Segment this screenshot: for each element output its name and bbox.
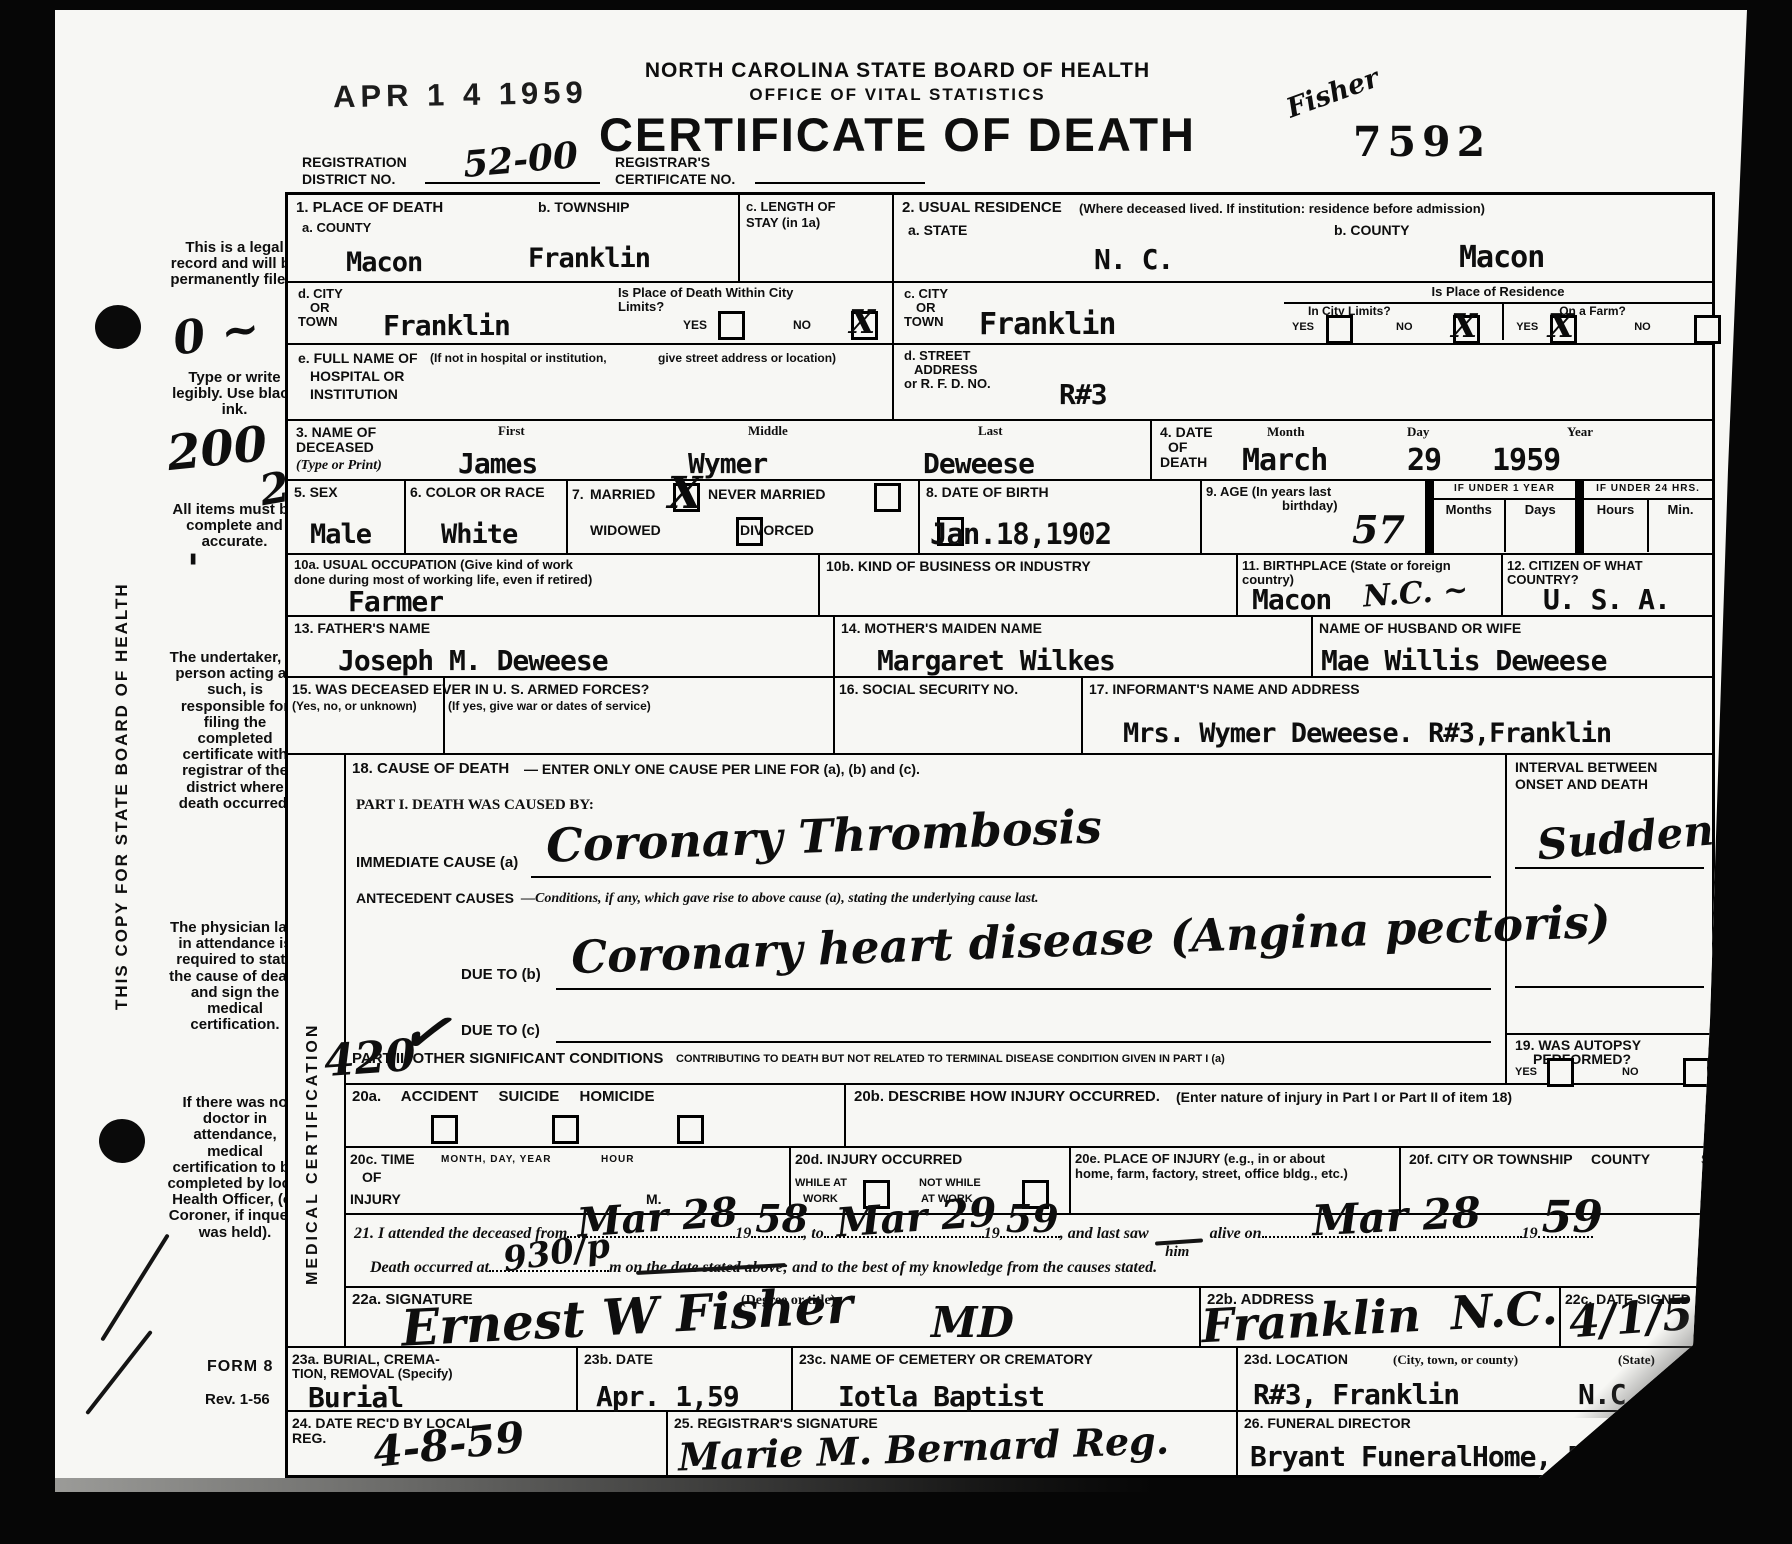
while-at-work-label-2: WORK [803, 1194, 838, 1206]
residence-county-label: b. COUNTY [1334, 223, 1409, 238]
deceased-label-2: DECEASED [296, 440, 374, 455]
first-name-header: First [498, 424, 525, 438]
residence-city-label-2: OR [916, 301, 948, 315]
form-revision: Rev. 1-56 [205, 1392, 270, 1408]
citizen-section: 12. CITIZEN OF WHAT COUNTRY? U. S. A. [1503, 555, 1712, 615]
age-label-1: 9. AGE (In years last [1206, 485, 1331, 499]
header-org: NORTH CAROLINA STATE BOARD OF HEALTH [575, 60, 1220, 83]
margin-note-type: Type or write legibly. Use black ink. [167, 370, 302, 419]
interval-value: Sudden [1536, 809, 1716, 866]
pod-within-city-q1: Is Place of Death Within City [618, 286, 793, 300]
header-office: OFFICE OF VITAL STATISTICS [575, 86, 1220, 104]
margin-hand-tick: ' [187, 550, 199, 590]
date-of-birth-section: 8. DATE OF BIRTH Jan.18,1902 [920, 481, 1202, 553]
sex-section: 5. SEX Male [288, 481, 406, 553]
signature-address-section: 22b. ADDRESS Franklin N.C. [1201, 1288, 1561, 1346]
attended-fromyear-blank: 58 [751, 1236, 803, 1238]
ssn-section: 16. SOCIAL SECURITY NO. [835, 678, 1083, 753]
registrar-certificate-label: REGISTRAR'S CERTIFICATE NO. [615, 155, 735, 187]
header-block: NORTH CAROLINA STATE BOARD OF HEALTH OFF… [575, 60, 1220, 161]
fisher-annotation: Fisher [1283, 64, 1382, 122]
registration-district-value: 52-00 [462, 137, 580, 183]
residence-label-paren: (Where deceased lived. If institution: r… [1079, 202, 1485, 216]
autopsy-no-checkbox [1683, 1058, 1710, 1087]
armed-forces-sub-2: (If yes, give war or dates of service) [448, 700, 651, 713]
dob-value: Jan.18,1902 [930, 517, 1111, 551]
father-value: Joseph M. Deweese [338, 644, 608, 677]
dod-label-3: DEATH [1160, 455, 1207, 470]
date-received-section: 24. DATE REC'D BY LOCAL REG. 4-8-59 [288, 1412, 668, 1475]
residence-state-value: N. C. [1094, 243, 1173, 276]
attended-him: him [1165, 1244, 1189, 1261]
race-section: 6. COLOR OR RACE White [406, 481, 568, 553]
armed-forces-divider [443, 678, 445, 753]
registrar-certificate-line [755, 182, 925, 184]
age-section: 9. AGE (In years last birthday) 57 [1202, 481, 1427, 553]
mother-label: 14. MOTHER'S MAIDEN NAME [841, 621, 1042, 636]
deceased-label-1: 3. NAME OF [296, 425, 376, 440]
homicide-checkbox [677, 1115, 704, 1144]
due-b-label: DUE TO (b) [461, 967, 541, 983]
injury-state-label: STATE [1701, 1152, 1745, 1167]
attended-to-year: 59 [1006, 1200, 1059, 1238]
antecedent-label: ANTECEDENT CAUSES [356, 891, 514, 906]
married-x-icon: X [668, 468, 702, 519]
occupation-label-2: done during most of working life, even i… [294, 573, 592, 587]
in-city-yes-label: YES [1292, 322, 1314, 334]
registrar-certificate-label-1: REGISTRAR'S [615, 155, 735, 170]
time-injury-sub2: HOUR [601, 1155, 634, 1166]
on-farm-no-checkbox [1694, 315, 1721, 344]
hospital-paren-2: give street address or location) [658, 352, 836, 365]
interval-label-2: ONSET AND DEATH [1515, 777, 1712, 792]
dod-year-value: 1959 [1492, 443, 1560, 478]
mother-value: Margaret Wilkes [877, 644, 1115, 677]
funeral-director-label: 26. FUNERAL DIRECTOR [1244, 1416, 1411, 1431]
residence-city-label-3: TOWN [904, 315, 948, 329]
margin-note-undertaker: The undertaker, or person acting as such… [165, 650, 305, 812]
certificate-form: 1. PLACE OF DEATH b. TOWNSHIP a. COUNTY … [285, 192, 1715, 1478]
residence-question-header: Is Place of Residence [1284, 283, 1712, 304]
medical-certification-block: MEDICAL CERTIFICATION 18. CAUSE OF DEATH… [288, 755, 1712, 1348]
spouse-section: NAME OF HUSBAND OR WIFE Mae Willis Dewee… [1313, 617, 1712, 676]
registration-district-line [425, 182, 600, 184]
margin-hand-200: 200 [165, 420, 270, 478]
burial-date-label: 23b. DATE [584, 1352, 653, 1367]
interval-label-1: INTERVAL BETWEEN [1515, 760, 1712, 775]
pod-city-label-3: TOWN [298, 315, 343, 329]
widowed-label: WIDOWED [590, 523, 661, 538]
age-label-2: birthday) [1282, 499, 1338, 513]
on-farm-yes-x-icon: X [1548, 306, 1574, 345]
mother-section: 14. MOTHER'S MAIDEN NAME Margaret Wilkes [835, 617, 1313, 676]
county-label: a. COUNTY [302, 221, 371, 235]
usual-residence-section: 2. USUAL RESIDENCE (Where deceased lived… [894, 195, 1712, 419]
registration-district-label: REGISTRATION DISTRICT NO. [302, 155, 407, 187]
burial-value: Burial [308, 1381, 403, 1414]
name-of-deceased-section: 3. NAME OF DECEASED (Type or Print) Firs… [288, 421, 1152, 479]
injury-occurred-label: 20d. INJURY OCCURRED [795, 1152, 962, 1167]
time-injury-label-1: 20c. TIME [350, 1152, 415, 1167]
pod-city-value: Franklin [383, 309, 510, 342]
dod-year-header: Year [1567, 425, 1593, 439]
father-label: 13. FATHER'S NAME [294, 621, 430, 636]
last-name-value: Deweese [923, 447, 1034, 480]
dod-month-header: Month [1267, 425, 1305, 439]
hospital-label-2: HOSPITAL OR [310, 369, 404, 384]
registration-district-label-1: REGISTRATION [302, 155, 407, 170]
margin-hand-zero: 0 ~ [170, 304, 262, 362]
punch-hole-top [95, 305, 141, 349]
row-forces-informant: 15. WAS DECEASED EVER IN U. S. ARMED FOR… [288, 678, 1712, 755]
never-married-checkbox [874, 483, 901, 512]
divorced-label: DIVORCED [740, 523, 814, 538]
days-header: Days [1525, 503, 1556, 517]
row-parents: 13. FATHER'S NAME Joseph M. Deweese 14. … [288, 617, 1712, 678]
residence-city-label-1: c. CITY [904, 287, 948, 301]
autopsy-yes-checkbox [1547, 1058, 1574, 1087]
injury-county-label: COUNTY [1591, 1152, 1650, 1167]
county-value: Macon [346, 247, 422, 278]
attended-alive-label: alive on [1210, 1225, 1262, 1242]
row-burial: 23a. BURIAL, CREMA- TION, REMOVAL (Speci… [288, 1348, 1712, 1412]
in-city-no-label: NO [1396, 322, 1413, 334]
accident-suicide-homicide-section: 20a. ACCIDENT SUICIDE HOMICIDE [346, 1085, 846, 1146]
registrar-signature-section: 25. REGISTRAR'S SIGNATURE Marie M. Berna… [668, 1412, 1238, 1475]
citizen-value: U. S. A. [1543, 583, 1670, 616]
length-of-stay-label-1: c. LENGTH OF [746, 200, 892, 214]
pod-no-label: NO [793, 319, 811, 332]
place-injury-label-1: 20e. PLACE OF INJURY (e.g., in or about [1075, 1152, 1325, 1166]
death-occurred-pre: Death occurred at [370, 1259, 489, 1276]
hospital-label-3: INSTITUTION [310, 387, 398, 402]
due-c-line [556, 755, 1491, 1043]
length-of-stay-label-2: STAY (in 1a) [746, 216, 892, 230]
margin-vertical-copy-label: THIS COPY FOR STATE BOARD OF HEALTH [113, 530, 131, 1010]
informant-value: Mrs. Wymer Deweese. R#3,Franklin [1123, 718, 1611, 749]
corner-shadow [1527, 1298, 1707, 1418]
received-date-stamp: APR 1 4 1959 [333, 76, 588, 114]
street-label-3: or R. F. D. NO. [904, 377, 991, 391]
burial-date-value: Apr. 1,59 [596, 1380, 739, 1413]
informant-label: 17. INFORMANT'S NAME AND ADDRESS [1089, 682, 1360, 697]
attended-toyear-blank: 59 [1000, 1236, 1060, 1238]
street-address-value: R#3 [1059, 378, 1107, 411]
never-married-label: NEVER MARRIED [708, 487, 825, 502]
residence-row-divider-2 [894, 343, 1712, 345]
margin-note-physician: The physician last in attendance is requ… [165, 920, 305, 1033]
on-farm-yes-checkbox: X [1550, 315, 1577, 344]
not-while-label-1: NOT WHILE [919, 1178, 981, 1190]
marital-status-section: 7. MARRIED X NEVER MARRIED WIDOWED DIVOR… [568, 481, 920, 553]
margin-pen-stroke-check [85, 1330, 153, 1415]
funeral-director-value: Bryant FuneralHome, Franklin [1250, 1440, 1694, 1473]
immediate-cause-label: IMMEDIATE CAUSE (a) [356, 855, 518, 871]
attended-lastyear-blank: 59 [1538, 1236, 1593, 1238]
spouse-value: Mae Willis Deweese [1321, 644, 1606, 677]
attended-last-value: Mar 28 [1311, 1192, 1482, 1243]
registrar-certificate-label-2: CERTIFICATE NO. [615, 172, 735, 187]
interval-line-1 [1515, 867, 1704, 869]
ssn-label: 16. SOCIAL SECURITY NO. [839, 682, 1018, 697]
cemetery-label: 23c. NAME OF CEMETERY OR CREMATORY [799, 1352, 1093, 1367]
industry-label: 10b. KIND OF BUSINESS OR INDUSTRY [826, 559, 1091, 574]
row-occupation: 10a. USUAL OCCUPATION (Give kind of work… [288, 555, 1712, 617]
time-injury-label-2: OF [362, 1170, 381, 1185]
armed-forces-section: 15. WAS DECEASED EVER IN U. S. ARMED FOR… [288, 678, 835, 753]
row-sex-race-marital: 5. SEX Male 6. COLOR OR RACE White 7. MA… [288, 481, 1712, 555]
spouse-label: NAME OF HUSBAND OR WIFE [1319, 621, 1521, 636]
residence-city-label: c. CITY OR TOWN [904, 287, 948, 329]
due-c-label: DUE TO (c) [461, 1023, 540, 1039]
under-24-header: IF UNDER 24 HRS. [1584, 481, 1712, 500]
row-registrar: 24. DATE REC'D BY LOCAL REG. 4-8-59 25. … [288, 1412, 1712, 1475]
pod-city-label-2: OR [310, 301, 343, 315]
burial-location-label: 23d. LOCATION [1244, 1352, 1348, 1367]
punch-hole-bottom [99, 1119, 145, 1163]
time-injury-label-3: INJURY [350, 1192, 401, 1207]
cemetery-section: 23c. NAME OF CEMETERY OR CREMATORY Iotla… [793, 1348, 1238, 1410]
date-of-death-section: 4. DATE OF DEATH Month Day Year March 29… [1152, 421, 1712, 479]
cause-of-death-section: 18. CAUSE OF DEATH — ENTER ONLY ONE CAUS… [346, 755, 1712, 1085]
in-city-no-x-icon: X [1451, 306, 1477, 345]
registration-district-label-2: DISTRICT NO. [302, 172, 407, 187]
street-address-label: d. STREET ADDRESS or R. F. D. NO. [904, 349, 991, 391]
burial-location-sub: (City, town, or county) [1393, 1353, 1518, 1367]
dod-day-value: 29 [1407, 443, 1441, 478]
while-at-work-label-1: WHILE AT [795, 1178, 847, 1190]
describe-injury-rest: (Enter nature of injury in Part I or Par… [1176, 1090, 1512, 1105]
accident-label: 20a. ACCIDENT SUICIDE HOMICIDE [352, 1089, 654, 1105]
row-name-date: 3. NAME OF DECEASED (Type or Print) Firs… [288, 421, 1712, 481]
death-time-blank: 930/p [489, 1270, 609, 1272]
place-injury-label-2: home, farm, factory, street, office bldg… [1075, 1167, 1348, 1181]
burial-date-section: 23b. DATE Apr. 1,59 [578, 1348, 793, 1410]
attended-from-year: 58 [755, 1200, 808, 1238]
margin-note-complete: All items must be complete and accurate. [167, 502, 302, 551]
birthplace-hand-value: N.C. ~ [1362, 575, 1469, 612]
form-number: FORM 8 [207, 1358, 273, 1375]
on-farm-yes-label: YES [1516, 322, 1538, 334]
burial-type-section: 23a. BURIAL, CREMA- TION, REMOVAL (Speci… [288, 1348, 578, 1410]
armed-forces-sub-1: (Yes, no, or unknown) [292, 700, 417, 713]
scanned-death-certificate: This is a legal record and will be perma… [0, 0, 1792, 1544]
accident-checkbox [431, 1115, 458, 1144]
age-value: 57 [1352, 511, 1405, 549]
sex-label: 5. SEX [294, 485, 338, 500]
under-1-year-header: IF UNDER 1 YEAR [1434, 481, 1575, 500]
burial-label-2: TION, REMOVAL (Specify) [292, 1367, 453, 1381]
hospital-paren-1: (If not in hospital or institution, [430, 352, 607, 365]
pod-within-city-question: Is Place of Death Within City Limits? [618, 286, 793, 314]
time-injury-sub1: MONTH, DAY, YEAR [441, 1155, 551, 1166]
in-city-yes-checkbox [1326, 315, 1353, 344]
street-label-2: ADDRESS [914, 363, 991, 377]
dod-label-1: 4. DATE [1160, 425, 1213, 440]
birthplace-section: 11. BIRTHPLACE (State or foreign country… [1238, 555, 1503, 615]
scan-bottom-sliver [55, 1478, 1155, 1492]
birthplace-value: Macon [1252, 583, 1331, 616]
signature-row: 22a. SIGNATURE (Degree or title) Ernest … [346, 1288, 1712, 1346]
occupation-section: 10a. USUAL OCCUPATION (Give kind of work… [288, 555, 820, 615]
deceased-label-3: (Type or Print) [296, 458, 382, 474]
township-label: b. TOWNSHIP [538, 200, 630, 215]
occupation-label-1: 10a. USUAL OCCUPATION (Give kind of work [294, 558, 573, 572]
armed-forces-label: 15. WAS DECEASED EVER IN U. S. ARMED FOR… [292, 682, 649, 697]
burial-location-value: R#3, Franklin [1253, 1378, 1459, 1411]
length-of-stay-box: c. LENGTH OF STAY (in 1a) [738, 195, 892, 281]
married-label: MARRIED [590, 487, 655, 502]
dod-day-header: Day [1407, 425, 1429, 439]
residence-state-label: a. STATE [908, 223, 967, 238]
cause-label: 18. CAUSE OF DEATH [352, 761, 509, 777]
last-name-header: Last [978, 424, 1003, 438]
place-of-death-section: 1. PLACE OF DEATH b. TOWNSHIP a. COUNTY … [288, 195, 894, 419]
attended-last-label: , and last saw [1060, 1225, 1149, 1242]
date-received-label-2: REG. [292, 1431, 326, 1446]
residence-city-value: Franklin [979, 307, 1116, 342]
informant-section: 17. INFORMANT'S NAME AND ADDRESS Mrs. Wy… [1083, 678, 1712, 753]
father-section: 13. FATHER'S NAME Joseph M. Deweese [288, 617, 835, 676]
attended-19c: 19 [1522, 1225, 1538, 1242]
pod-city-label: d. CITY OR TOWN [298, 287, 343, 329]
signature-degree-value: MD [931, 1302, 1014, 1344]
date-received-value: 4-8-59 [371, 1416, 526, 1474]
row-place-residence: 1. PLACE OF DEATH b. TOWNSHIP a. COUNTY … [288, 195, 1712, 421]
married-checkbox: X [673, 483, 700, 512]
part2-check-icon: ✓ [397, 1000, 453, 1064]
autopsy-box: 19. WAS AUTOPSY PERFORMED? YES NO [1507, 1033, 1712, 1083]
pod-within-city-q2: Limits? [618, 300, 793, 314]
injury-city-label: 20f. CITY OR TOWNSHIP [1409, 1152, 1573, 1167]
residence-questions-box: Is Place of Residence In City Limits? YE… [1284, 283, 1712, 343]
attended-to-blank: Mar 29 [824, 1236, 984, 1238]
hospital-label-1: e. FULL NAME OF [298, 351, 418, 366]
signature-section: 22a. SIGNATURE (Degree or title) Ernest … [346, 1288, 1201, 1346]
attended-last-blank: Mar 28 [1262, 1236, 1522, 1238]
margin-note-doctor: If there was no doctor in attendance, me… [165, 1095, 305, 1241]
interval-line-2 [1515, 986, 1704, 988]
suicide-checkbox [552, 1115, 579, 1144]
township-value: Franklin [528, 243, 650, 274]
attended-last-year: 59 [1542, 1196, 1603, 1240]
middle-name-header: Middle [748, 424, 788, 438]
sex-value: Male [310, 519, 371, 550]
funeral-director-section: 26. FUNERAL DIRECTOR ADDRESS Bryant Fune… [1238, 1412, 1712, 1475]
first-name-value: James [458, 447, 537, 480]
place-of-death-label: 1. PLACE OF DEATH [296, 200, 443, 216]
pod-yes-checkbox [718, 311, 745, 340]
funeral-address-label: ADDRESS [1632, 1416, 1700, 1431]
in-city-no-checkbox: X [1453, 315, 1480, 344]
accident-section-row: 20a. ACCIDENT SUICIDE HOMICIDE 20b. DESC… [346, 1085, 1712, 1148]
dod-label-2: OF [1168, 440, 1187, 455]
attended-section: 21. I attended the deceased fromMar 2819… [346, 1215, 1712, 1288]
hours-header: Hours [1597, 503, 1635, 517]
medical-certification-vertical-label: MEDICAL CERTIFICATION [304, 815, 321, 1285]
min-header: Min. [1668, 503, 1694, 517]
part2-rest: CONTRIBUTING TO DEATH BUT NOT RELATED TO… [676, 1054, 1225, 1066]
interval-column: INTERVAL BETWEEN ONSET AND DEATH Sudden … [1505, 755, 1712, 1083]
marital-num: 7. [572, 487, 584, 502]
months-header: Months [1446, 503, 1492, 517]
autopsy-yes-label: YES [1515, 1067, 1537, 1079]
pod-yes-label: YES [683, 319, 707, 332]
industry-section: 10b. KIND OF BUSINESS OR INDUSTRY [820, 555, 1238, 615]
describe-injury-label: 20b. DESCRIBE HOW INJURY OCCURRED. [854, 1089, 1160, 1105]
race-label: 6. COLOR OR RACE [410, 485, 545, 500]
attended-to-value: Mar 29 [835, 1192, 998, 1243]
certificate-paper: This is a legal record and will be perma… [55, 10, 1747, 1478]
street-label-1: d. STREET [904, 349, 991, 363]
race-value: White [441, 519, 517, 550]
residence-county-value: Macon [1459, 240, 1544, 275]
residence-label: 2. USUAL RESIDENCE [902, 200, 1062, 216]
margin-note-legal: This is a legal record and will be perma… [167, 240, 302, 289]
if-under-1-year-section: IF UNDER 1 YEAR Months Days [1427, 481, 1577, 553]
cemetery-value: Iotla Baptist [838, 1380, 1044, 1413]
describe-injury-section: 20b. DESCRIBE HOW INJURY OCCURRED. (Ente… [846, 1085, 1712, 1146]
if-under-24-hrs-section: IF UNDER 24 HRS. Hours Min. [1577, 481, 1712, 553]
dod-month-value: March [1242, 443, 1327, 478]
on-farm-no-label: NO [1634, 322, 1651, 334]
serial-number: 7592 [1353, 118, 1491, 166]
pod-city-label-1: d. CITY [298, 287, 343, 301]
margin-pen-stroke-long [100, 1233, 170, 1341]
pod-no-checkbox: X [851, 311, 878, 340]
pod-no-x-icon: X [849, 302, 875, 341]
occupation-value: Farmer [348, 585, 443, 618]
autopsy-no-label: NO [1622, 1067, 1639, 1079]
dob-label: 8. DATE OF BIRTH [926, 485, 1049, 500]
